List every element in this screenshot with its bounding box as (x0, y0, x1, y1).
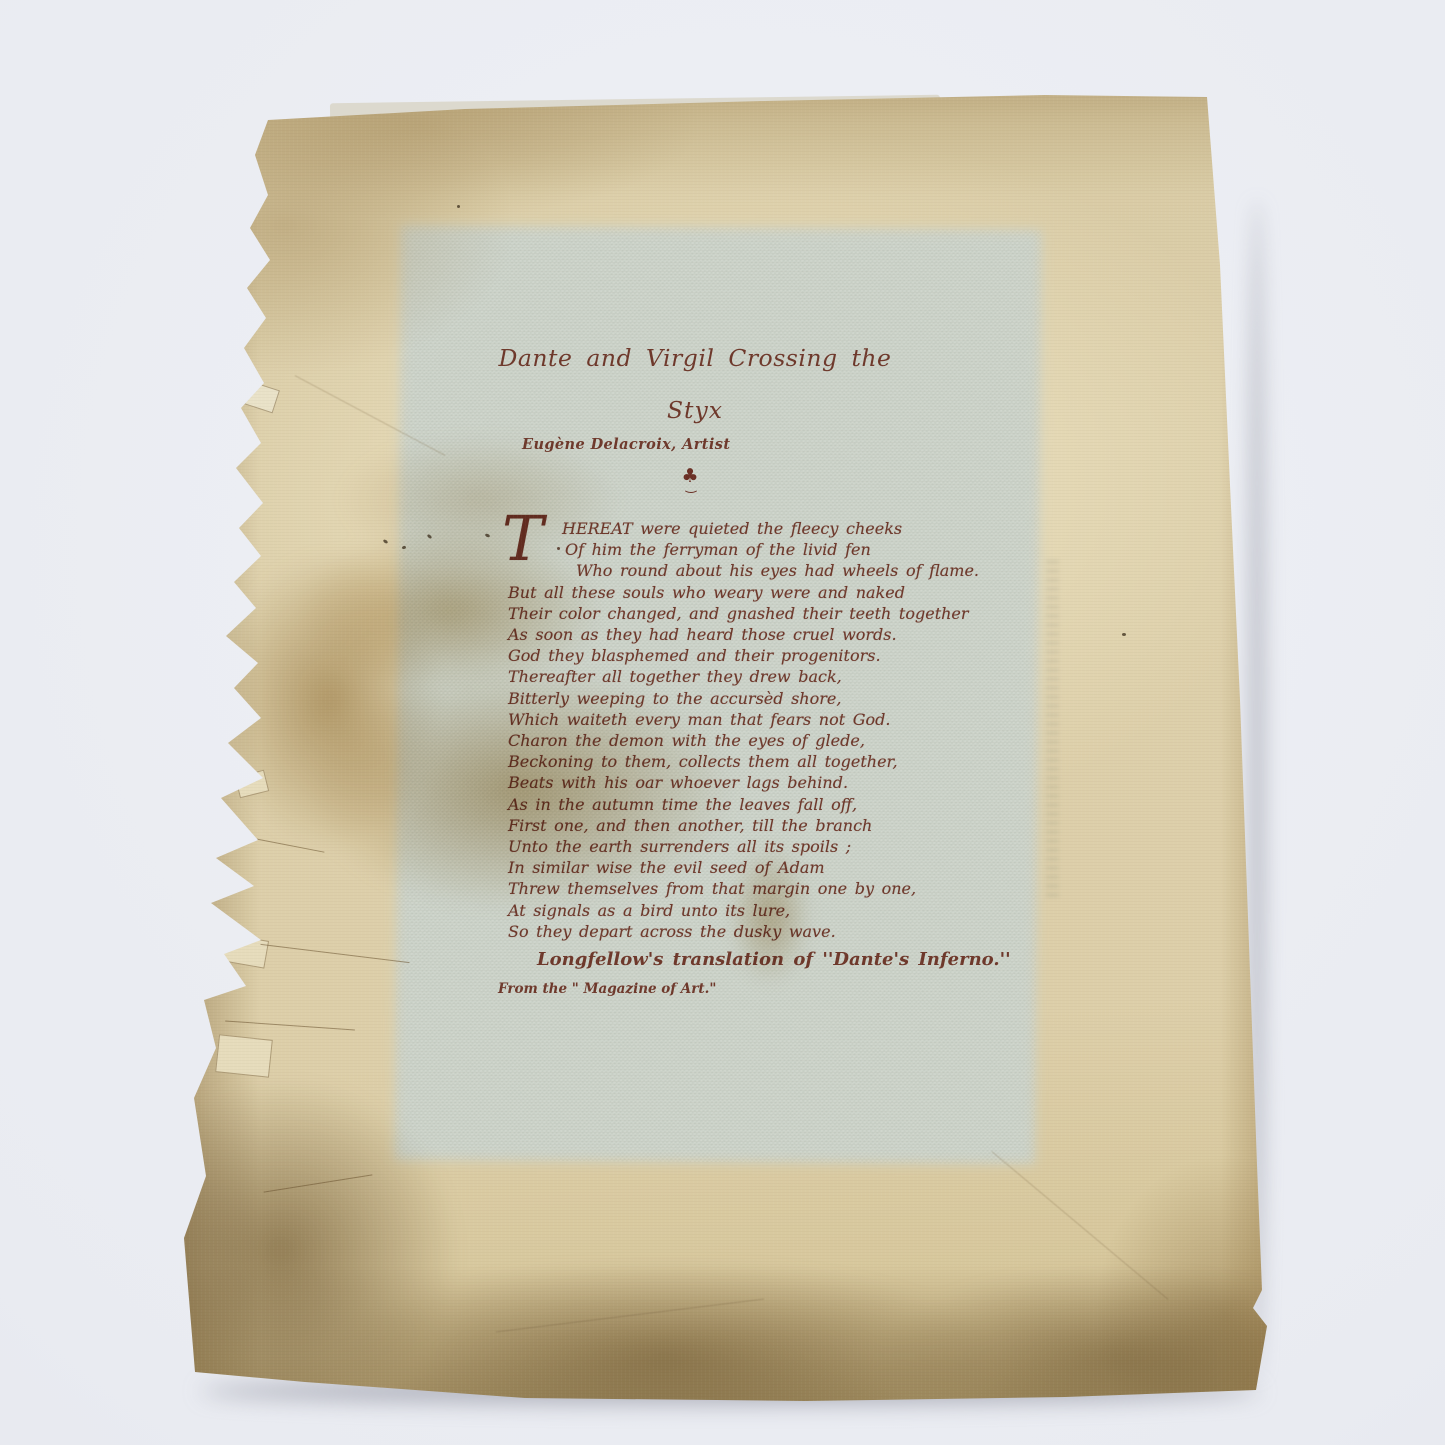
poem-line: At signals as a bird unto its lure, (508, 900, 948, 921)
fleuron-curl: ‿ (670, 480, 710, 493)
poem-line: Thereafter all together they drew back, (508, 666, 948, 687)
poem-line: So they depart across the dusky wave. (508, 921, 948, 942)
fleuron-icon: ♣ ‿ (670, 467, 710, 493)
paper-page: Dante and Virgil Crossing the Styx Eugèn… (165, 85, 1280, 1415)
poem-line: HEREAT were quieted the fleecy cheeks (508, 518, 948, 539)
poem-line: Their color changed, and gnashed their t… (508, 603, 948, 624)
ink-speck (557, 547, 560, 550)
artist-byline: Eugène Delacroix, Artist (522, 436, 730, 453)
poem-line: Beats with his oar whoever lags behind. (508, 772, 948, 793)
drop-cap: T (502, 508, 543, 570)
page-title-line2: Styx (395, 396, 995, 424)
page-title-line1: Dante and Virgil Crossing the (395, 344, 995, 372)
attribution-line: Longfellow's translation of ''Dante's In… (537, 949, 1011, 970)
poem-line: As in the autumn time the leaves fall of… (508, 794, 948, 815)
poem-line: Beckoning to them, collects them all tog… (508, 751, 948, 772)
photo-background: Dante and Virgil Crossing the Styx Eugèn… (0, 0, 1445, 1445)
poem-line: Of him the ferryman of the livid fen (508, 539, 948, 560)
source-line: From the " Magazine of Art." (498, 981, 716, 997)
torn-paper-flap (215, 1034, 273, 1077)
poem-line: As soon as they had heard those cruel wo… (508, 624, 948, 645)
poem-line: Which waiteth every man that fears not G… (508, 709, 948, 730)
ink-speck (1122, 633, 1126, 636)
ink-speck (457, 205, 460, 208)
poem-line: Unto the earth surrenders all its spoils… (508, 836, 948, 857)
poem-line: But all these souls who weary were and n… (508, 582, 948, 603)
poem-line: Charon the demon with the eyes of glede, (508, 730, 948, 751)
poem-line: God they blasphemed and their progenitor… (508, 645, 948, 666)
poem-line: Who round about his eyes had wheels of f… (508, 560, 948, 581)
poem-line: First one, and then another, till the br… (508, 815, 948, 836)
poem-text: T HEREAT were quieted the fleecy cheeks … (508, 518, 948, 942)
poem-line: Bitterly weeping to the accursèd shore, (508, 688, 948, 709)
poem-line: In similar wise the evil seed of Adam (508, 857, 948, 878)
printed-content: Dante and Virgil Crossing the Styx Eugèn… (165, 85, 1280, 1415)
poem-line: Threw themselves from that margin one by… (508, 878, 948, 899)
